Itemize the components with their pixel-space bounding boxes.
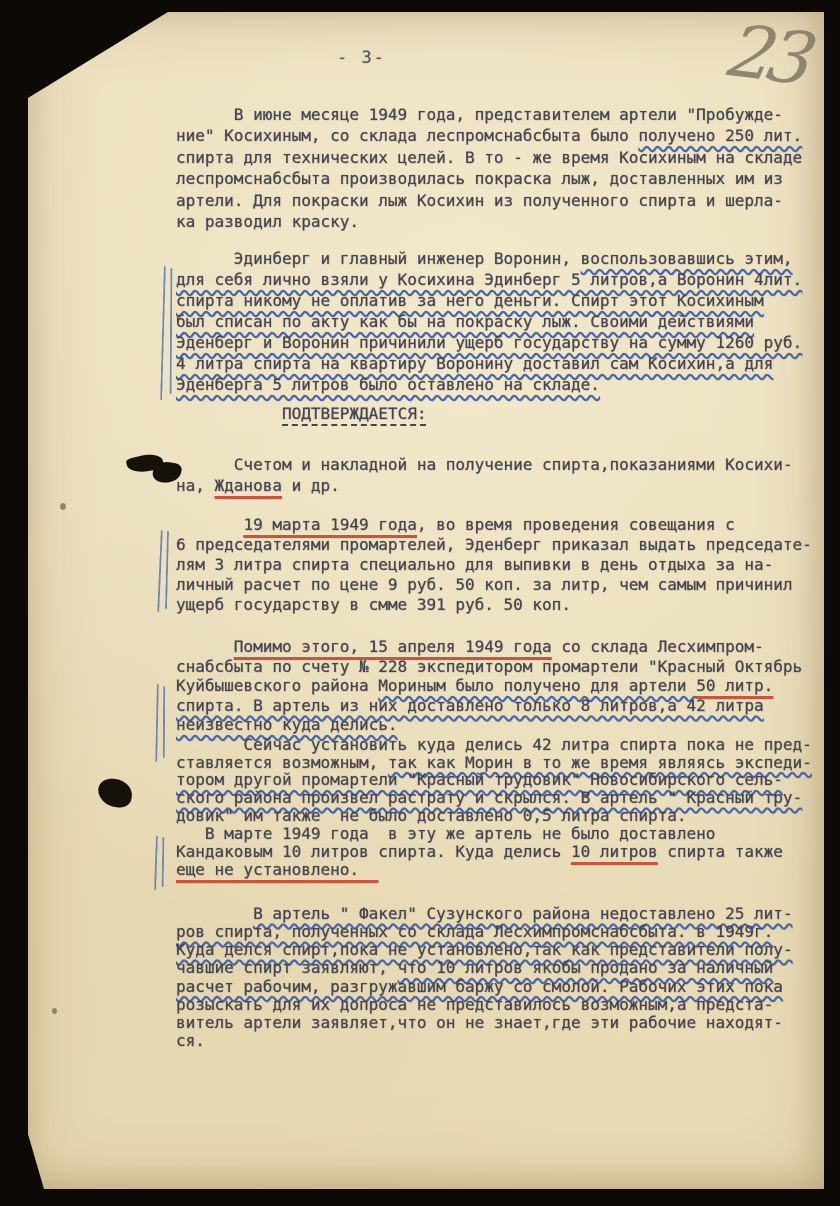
- typed-line: был списан по акту как бы на покраску лы…: [176, 311, 828, 332]
- typed-text: Кандаковым 10 литров спирта. Куда делись: [176, 842, 571, 861]
- typed-text: [176, 637, 234, 656]
- paragraph-4: 19 марта 1949 года, во время проведения …: [176, 515, 828, 615]
- typed-line: 6 председателями промартелей, Эденберг п…: [176, 535, 828, 555]
- paragraph-2: Эдинберг и главный инженер Воронин, восп…: [176, 248, 828, 395]
- typed-line: ров спирта, полученных со склада Лесхимп…: [176, 923, 828, 941]
- underlined-text: воспользовавшись этим,: [581, 249, 793, 268]
- typed-text: спирта также: [658, 842, 783, 861]
- typed-text: В марте 1949 года в эту же артель не был…: [176, 824, 715, 843]
- typed-text: ние" Косихиным, со склада леспромснабсбы…: [176, 126, 638, 145]
- typed-line: ского района произвел растрату и скрылся…: [176, 789, 828, 807]
- underlined-text: так как Морин в то же время являясь эксп…: [388, 753, 812, 772]
- typed-text: ка разводил краску.: [176, 212, 359, 231]
- typed-text: чавшие спирт заявляют,: [176, 958, 398, 977]
- typed-line: личный расчет по цене 9 руб. 50 коп. за …: [176, 575, 828, 595]
- typed-line: розыскать для их допроса не представилос…: [176, 996, 828, 1014]
- paragraph-1: В июне месяце 1949 года, представителем …: [176, 104, 828, 232]
- typed-line: 19 марта 1949 года, во время проведения …: [176, 515, 828, 535]
- underlined-text: спирта никому не оплатив за него деньги.…: [176, 291, 764, 310]
- typed-line: ся.: [176, 1032, 828, 1050]
- typed-line: для себя лично взяли у Косихина Эдинберг…: [176, 269, 828, 290]
- typed-text: артели. Для покраски лыж Косихин из полу…: [176, 191, 783, 210]
- typed-line: Куйбышевского района Мориным было получе…: [176, 676, 828, 696]
- underlined-text: тором другой промартели "Красный трудови…: [176, 770, 783, 789]
- typed-text: , во время проведения совещания с: [417, 515, 735, 534]
- underlined-text: Эденберга 5 литров было оставлено на скл…: [176, 375, 600, 394]
- typed-line: спирта для технических целей. В то - же …: [176, 147, 828, 168]
- typed-text: [176, 904, 253, 923]
- typed-text: лям 3 литра спирта специально для выпивк…: [176, 555, 773, 574]
- underlined-text: расчет рабочим, разгружавшим баржу со см…: [176, 977, 783, 996]
- typed-text: ущерб государству в смме 391 руб. 50 коп…: [176, 595, 571, 614]
- typed-line: витель артели заявляет,что он не знает,г…: [176, 1014, 828, 1032]
- paragraph-7: В марте 1949 года в эту же артель не был…: [176, 825, 828, 879]
- underlined-text: Жданова: [215, 476, 282, 495]
- underlined-text: Мориным было получено для артели: [378, 676, 696, 695]
- paragraph-6: Сейчас установить куда делись 42 литра с…: [176, 736, 828, 825]
- typed-text: Куйбышевского района: [176, 676, 378, 695]
- typed-line: на, Жданова и др.: [176, 475, 828, 496]
- typed-line: В июне месяце 1949 года, представителем …: [176, 104, 828, 125]
- typed-line: тором другой промартели "Красный трудови…: [176, 771, 828, 789]
- paper-speck-2: [52, 1008, 57, 1014]
- typed-line: Эденберга 5 литров было оставлено на скл…: [176, 374, 828, 395]
- underlined-text: 4 литра спирта на квартиру Воронину дост…: [176, 354, 773, 373]
- typed-line: чавшие спирт заявляют, что 10 литров яко…: [176, 959, 828, 977]
- underlined-text: 50 литр.: [696, 676, 773, 695]
- typed-line: Сейчас установить куда делись 42 литра с…: [176, 736, 828, 754]
- typed-text: ся.: [176, 1031, 205, 1050]
- typed-line: В марте 1949 года в эту же артель не был…: [176, 825, 828, 843]
- paragraph-3: Счетом и накладной на получение спирта,п…: [176, 454, 828, 496]
- underlined-text: ПОДТВЕРЖДАЕТСЯ:: [282, 404, 427, 426]
- typed-text: В июне месяце 1949 года, представителем …: [176, 105, 783, 124]
- typed-line: ущерб государству в смме 391 руб. 50 коп…: [176, 595, 828, 615]
- typed-line: ставляется возможным, так как Морин в то…: [176, 754, 828, 772]
- underlined-text: что 10 литров якобы продано за наличный: [398, 958, 774, 977]
- typed-text: леспромснабсбыта производилась покраска …: [176, 169, 783, 188]
- typed-text: Эдинберг и главный инженер Воронин,: [176, 249, 581, 268]
- underlined-text: спирта. В артель из них доставлено тольк…: [176, 696, 764, 715]
- heading-podtverzhdaetsya: ПОДТВЕРЖДАЕТСЯ:: [176, 403, 828, 424]
- scanned-document-background: 23 - 3- В июне месяце 1949 года, предста…: [0, 0, 840, 1206]
- typed-line: лям 3 литра спирта специально для выпивк…: [176, 555, 828, 575]
- underlined-text: Куда делся спирт,пока не установлено,так…: [176, 940, 793, 959]
- underlined-text: был списан по акту как бы на покраску лы…: [176, 312, 754, 331]
- typed-text: [176, 515, 243, 534]
- typed-line: Помимо этого, 15 апреля 1949 года со скл…: [176, 637, 828, 657]
- typed-line: спирта никому не оплатив за него деньги.…: [176, 290, 828, 311]
- typed-line: еще не установлено.: [176, 861, 828, 879]
- underlined-text: еще не установлено.: [176, 860, 378, 879]
- underlined-text: Эденберг и Воронин причинили ущерб госуд…: [176, 333, 802, 352]
- typed-text: розыскать для их допроса не представилос…: [176, 995, 773, 1014]
- document-text: В июне месяце 1949 года, представителем …: [176, 104, 828, 1050]
- underlined-text: 10 литров: [571, 842, 658, 861]
- typed-text: витель артели заявляет,что он не знает,г…: [176, 1013, 783, 1032]
- typed-text: Сейчас установить куда делись 42 литра с…: [176, 735, 812, 754]
- typed-page-number: - 3-: [337, 48, 386, 68]
- typed-line: Куда делся спирт,пока не установлено,так…: [176, 941, 828, 959]
- typed-line: расчет рабочим, разгружавшим баржу со см…: [176, 978, 828, 996]
- typed-line: Эденберг и Воронин причинили ущерб госуд…: [176, 332, 828, 353]
- paragraph-5: Помимо этого, 15 апреля 1949 года со скл…: [176, 637, 828, 735]
- typed-text: снабсбыта по счету № 228 экспедитором пр…: [176, 657, 802, 676]
- typed-text: [176, 404, 282, 423]
- typed-text: и др.: [282, 476, 340, 495]
- typed-line: спирта. В артель из них доставлено тольк…: [176, 696, 828, 716]
- typed-line: 4 литра спирта на квартиру Воронину дост…: [176, 353, 828, 374]
- typed-text: спирта для технических целей. В то - же …: [176, 148, 802, 167]
- typed-line: ПОДТВЕРЖДАЕТСЯ:: [176, 403, 828, 424]
- underlined-text: В артель " Факел" Сузунского района недо…: [253, 904, 792, 923]
- underlined-text: получено 250 лит.: [638, 126, 802, 145]
- typed-line: снабсбыта по счету № 228 экспедитором пр…: [176, 657, 828, 677]
- underlined-text: для себя лично взяли у Косихина Эдинберг…: [176, 270, 802, 289]
- typed-line: В артель " Факел" Сузунского района недо…: [176, 905, 828, 923]
- typed-line: артели. Для покраски лыж Косихин из полу…: [176, 190, 828, 211]
- typed-line: Кандаковым 10 литров спирта. Куда делись…: [176, 843, 828, 861]
- typed-line: ка разводил краску.: [176, 211, 828, 232]
- underlined-text: неизвестно куда делись.: [176, 715, 398, 734]
- underlined-text: 19 марта 1949 года: [243, 515, 416, 534]
- typed-text: довик" им также не было доставлено 0,5 л…: [176, 806, 687, 825]
- underlined-text: ского района произвел растрату и скрылся…: [176, 788, 802, 807]
- typed-text: со склада Лесхимпром-: [552, 637, 764, 656]
- typed-line: леспромснабсбыта производилась покраска …: [176, 168, 828, 189]
- typed-text: на,: [176, 476, 215, 495]
- typed-text: ставляется возможным,: [176, 753, 388, 772]
- underlined-text: Помимо этого, 15 апреля 1949 года: [234, 637, 552, 656]
- typed-text: личный расчет по цене 9 руб. 50 коп. за …: [176, 575, 793, 594]
- typed-text: Счетом и накладной на получение спирта,п…: [176, 455, 793, 474]
- typed-line: Счетом и накладной на получение спирта,п…: [176, 454, 828, 475]
- typed-line: довик" им также не было доставлено 0,5 л…: [176, 807, 828, 825]
- paragraph-8: В артель " Факел" Сузунского района недо…: [176, 905, 828, 1051]
- typed-text: 6 председателями промартелей, Эденберг п…: [176, 535, 812, 554]
- underlined-text: ров спирта, полученных со склада Лесхимп…: [176, 922, 773, 941]
- typed-line: неизвестно куда делись.: [176, 715, 828, 735]
- paper-speck-1: [60, 503, 66, 510]
- typed-line: Эдинберг и главный инженер Воронин, восп…: [176, 248, 828, 269]
- typed-line: ние" Косихиным, со склада леспромснабсбы…: [176, 125, 828, 146]
